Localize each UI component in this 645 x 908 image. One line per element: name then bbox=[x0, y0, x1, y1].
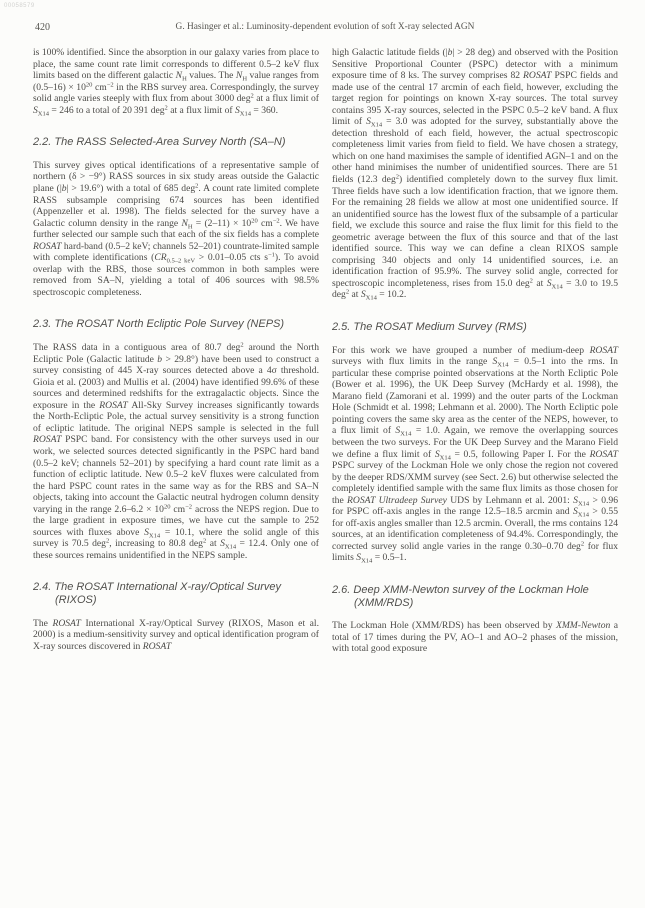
paragraph-section-2-2: This survey gives optical identification… bbox=[33, 160, 319, 299]
right-column: high Galactic latitude fields (|b| > 28 … bbox=[332, 47, 618, 655]
paragraph-section-2-5: For this work we have grouped a number o… bbox=[332, 345, 618, 564]
left-column: is 100% identified. Since the absorption… bbox=[33, 47, 319, 655]
section-heading-2-3: 2.3. The ROSAT North Ecliptic Pole Surve… bbox=[33, 318, 319, 331]
page-number: 420 bbox=[35, 22, 50, 33]
scan-watermark: 00058579 bbox=[4, 3, 35, 9]
section-heading-2-6: 2.6. Deep XMM-Newton survey of the Lockm… bbox=[332, 584, 618, 609]
journal-page: 00058579 420 G. Hasinger et al.: Luminos… bbox=[0, 0, 645, 908]
section-heading-2-5: 2.5. The ROSAT Medium Survey (RMS) bbox=[332, 321, 618, 334]
running-head: G. Hasinger et al.: Luminosity-dependent… bbox=[33, 22, 617, 32]
section-heading-2-4: 2.4. The ROSAT International X-ray/Optic… bbox=[33, 581, 319, 606]
page-header: 420 G. Hasinger et al.: Luminosity-depen… bbox=[33, 22, 617, 36]
section-heading-2-2: 2.2. The RASS Selected-Area Survey North… bbox=[33, 136, 319, 149]
paragraph-section-2-3: The RASS data in a contiguous area of 80… bbox=[33, 342, 319, 561]
two-column-body: is 100% identified. Since the absorption… bbox=[33, 47, 618, 655]
paragraph-section-2-6: The Lockman Hole (XMM/RDS) has been obse… bbox=[332, 620, 618, 655]
paragraph-section-2-4-continuation: high Galactic latitude fields (|b| > 28 … bbox=[332, 47, 618, 301]
paragraph-section-2-4: The ROSAT International X-ray/Optical Su… bbox=[33, 618, 319, 653]
paragraph-intro-continuation: is 100% identified. Since the absorption… bbox=[33, 47, 319, 116]
